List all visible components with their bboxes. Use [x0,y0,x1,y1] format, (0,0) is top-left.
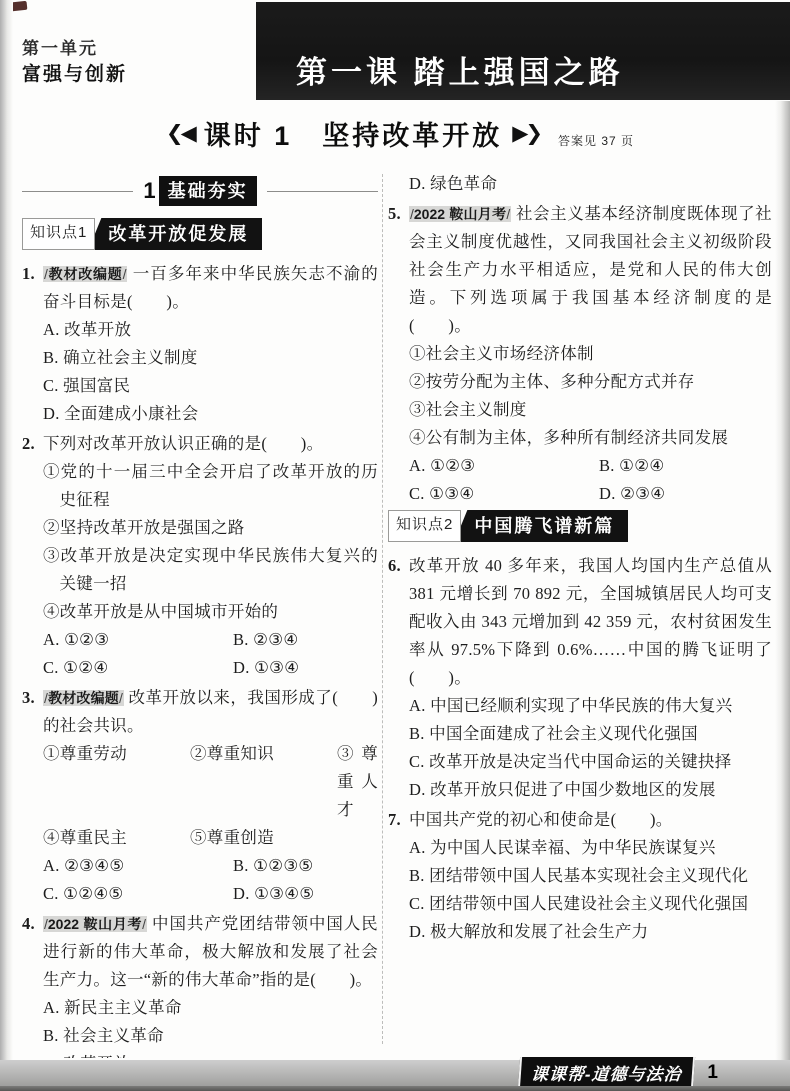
workbook-page: 第一单元 富强与创新 第一课 踏上强国之路 ❮◀ 课时 1 坚持改革开放 ▶❯ … [0,0,790,1091]
statement-item: ④公有制为主体，多种所有制经济共同发展 [409,424,772,452]
option-a: A. 中国已经顺利实现了中华民族的伟大复兴 [409,692,772,720]
option-d: D. 极大解放和发展了社会生产力 [409,918,772,946]
question-options: A. 新民主主义革命B. 社会主义革命C. 改革开放 [43,994,378,1058]
question-number: 6. [388,552,401,580]
question-options: A. 中国已经顺利实现了中华民族的伟大复兴B. 中国全面建成了社会主义现代化强国… [409,692,772,804]
option-a: A. 改革开放 [43,316,378,344]
statement-item: ①社会主义市场经济体制 [409,340,772,368]
page-left-edge [0,0,13,1061]
footer-bar: 课课帮-道德与法治 1 [0,1060,790,1087]
question-statements: ①党的十一届三中全会开启了改革开放的历史征程②坚持改革开放是强国之路③改革开放是… [43,458,378,626]
option-d: D. 全面建成小康社会 [43,400,378,428]
question-statements: ①尊重劳动②尊重知识③尊重人才④尊重民主⑤尊重创造 [43,740,378,852]
question-source-tag: 2022 鞍山月考 [43,916,147,932]
section-rule-right [267,191,378,192]
question-q7: 7.中国共产党的初心和使命是( )。A. 为中国人民谋幸福、为中华民族谋复兴B.… [388,806,772,946]
question-number: 5. [388,200,401,228]
column-divider [382,174,383,1044]
question-options: A. ②③④⑤B. ①②③⑤C. ①②④⑤D. ①③④⑤ [43,852,378,908]
question-stem: 改革开放 40 多年来，我国人均国内生产总值从 381 元增长到 70 892 … [409,552,772,692]
knowledge-point-1-header: 知识点1 改革开放促发展 [22,218,378,250]
statement-item: ④尊重民主 [43,824,190,852]
option-c: C. 改革开放 [43,1050,378,1058]
question-q3: 3.教材改编题 改革开放以来，我国形成了( )的社会共识。①尊重劳动②尊重知识③… [22,684,378,908]
knowledge-point-2-title: 中国腾飞谱新篇 [454,510,628,542]
statement-item: ②坚持改革开放是强国之路 [43,514,378,542]
option-c: C. ①②④ [43,654,233,682]
page-bottom-edge [0,1086,790,1091]
option-a: A. 新民主主义革命 [43,994,378,1022]
question-number: 3. [22,684,35,712]
question-source-tag: 2022 鞍山月考 [409,206,511,222]
lesson-banner: 第一课 踏上强国之路 [256,2,790,100]
question-number: 2. [22,430,35,458]
question-options: A. 改革开放B. 确立社会主义制度C. 强国富民D. 全面建成小康社会 [43,316,378,428]
session-header: ❮◀ 课时 1 坚持改革开放 ▶❯ 答案见 37 页 [0,114,790,153]
option-c: C. ①②④⑤ [43,880,233,908]
question-number: 4. [22,910,35,938]
question-q4: 4.2022 鞍山月考 中国共产党团结带领中国人民进行新的伟大革命，极大解放和发… [22,910,378,1058]
option-d: D. 改革开放只促进了中国少数地区的发展 [409,776,772,804]
statement-item: ②尊重知识 [190,740,337,824]
knowledge-point-2-badge: 知识点2 [388,510,461,542]
option-b: B. 确立社会主义制度 [43,344,378,372]
question-stem: 教材改编题 一百多年来中华民族矢志不渝的奋斗目标是( )。 [43,260,378,316]
option-d: D. ①③④⑤ [233,880,378,908]
answer-page-note: 答案见 37 页 [558,132,634,153]
question-number: 7. [388,806,401,834]
question-q5: 5.2022 鞍山月考 社会主义基本经济制度既体现了社会主义制度优越性，又同我国… [388,200,772,508]
footer-brand-badge: 课课帮-道德与法治 [518,1057,695,1089]
right-question-list-top: 5.2022 鞍山月考 社会主义基本经济制度既体现了社会主义制度优越性，又同我国… [388,200,772,508]
statement-item: ⑤尊重创造 [190,824,337,852]
right-column: D. 绿色革命 5.2022 鞍山月考 社会主义基本经济制度既体现了社会主义制度… [385,170,772,1058]
right-arrows-icon: ▶❯ [512,121,540,146]
section-badge: 基础夯实 [159,176,257,206]
question-stem: 下列对改革开放认识正确的是( )。 [43,430,378,458]
page-number: 1 [707,1062,718,1084]
option-d: D. ②③④ [599,480,772,508]
option-a: A. 为中国人民谋幸福、为中华民族谋复兴 [409,834,772,862]
session-title: 课时 1 坚持改革开放 [204,114,503,153]
option-c: C. 团结带领中国人民建设社会主义现代化强国 [409,890,772,918]
statement-item: ③社会主义制度 [409,396,772,424]
statement-item: ②按劳分配为主体、多种分配方式并存 [409,368,772,396]
section-number: 1 [143,178,155,204]
option-a: A. ②③④⑤ [43,852,233,880]
left-column: 1 基础夯实 知识点1 改革开放促发展 1.教材改编题 一百多年来中华民族矢志不… [22,170,378,1058]
question-statements: ①社会主义市场经济体制②按劳分配为主体、多种分配方式并存③社会主义制度④公有制为… [409,340,772,452]
right-question-list-bottom: 6.改革开放 40 多年来，我国人均国内生产总值从 381 元增长到 70 89… [388,552,772,946]
option-a: A. ①②③ [409,452,599,480]
lesson-title: 第一课 踏上强国之路 [296,47,624,92]
option-b: B. 社会主义革命 [43,1022,378,1050]
option-b: B. 团结带领中国人民基本实现社会主义现代化 [409,862,772,890]
content-area: 1 基础夯实 知识点1 改革开放促发展 1.教材改编题 一百多年来中华民族矢志不… [22,170,772,1058]
statement-item: ④改革开放是从中国城市开始的 [43,598,378,626]
question-stem: 中国共产党的初心和使命是( )。 [409,806,772,834]
question-options: A. ①②③B. ①②④C. ①③④D. ②③④ [409,452,772,508]
statement-item: ①党的十一届三中全会开启了改革开放的历史征程 [43,458,378,514]
question-q1: 1.教材改编题 一百多年来中华民族矢志不渝的奋斗目标是( )。A. 改革开放B.… [22,260,378,428]
option-c: C. ①③④ [409,480,599,508]
page-right-edge [775,101,790,1061]
question-source-tag: 教材改编题 [43,266,127,282]
section-header: 1 基础夯实 [22,176,378,206]
option-c: C. 改革开放是决定当代中国命运的关键抉择 [409,748,772,776]
knowledge-point-1-badge: 知识点1 [22,218,95,250]
knowledge-point-2-header: 知识点2 中国腾飞谱新篇 [388,510,772,542]
question-stem: 2022 鞍山月考 社会主义基本经济制度既体现了社会主义制度优越性，又同我国社会… [409,200,772,340]
option-b: B. ①②③⑤ [233,852,378,880]
option-b: B. 中国全面建成了社会主义现代化强国 [409,720,772,748]
question-stem: 2022 鞍山月考 中国共产党团结带领中国人民进行新的伟大革命，极大解放和发展了… [43,910,378,994]
question-number: 1. [22,260,35,288]
question-options: A. ①②③B. ②③④C. ①②④D. ①③④ [43,626,378,682]
unit-label: 第一单元 富强与创新 [22,36,127,88]
question-q4-continued-options: D. 绿色革命 [388,170,772,198]
question-q6: 6.改革开放 40 多年来，我国人均国内生产总值从 381 元增长到 70 89… [388,552,772,804]
statement-item: ①尊重劳动 [43,740,190,824]
option-d: D. 绿色革命 [409,170,772,198]
option-b: B. ②③④ [233,626,378,654]
question-options: A. 为中国人民谋幸福、为中华民族谋复兴B. 团结带领中国人民基本实现社会主义现… [409,834,772,946]
unit-title: 富强与创新 [22,62,127,88]
question-stem: 教材改编题 改革开放以来，我国形成了( )的社会共识。 [43,684,378,740]
question-q2: 2.下列对改革开放认识正确的是( )。①党的十一届三中全会开启了改革开放的历史征… [22,430,378,682]
option-c: C. 强国富民 [43,372,378,400]
option-b: B. ①②④ [599,452,772,480]
left-question-list: 1.教材改编题 一百多年来中华民族矢志不渝的奋斗目标是( )。A. 改革开放B.… [22,260,378,1058]
statement-item: ③尊重人才 [337,740,378,824]
option-a: A. ①②③ [43,626,233,654]
knowledge-point-1-title: 改革开放促发展 [88,218,262,250]
section-rule-left [22,191,133,192]
footer-brand-group: 课课帮-道德与法治 1 [519,1057,718,1089]
left-arrows-icon: ❮◀ [166,121,194,146]
option-d: D. ①③④ [233,654,378,682]
question-source-tag: 教材改编题 [43,690,124,706]
statement-item: ③改革开放是决定实现中华民族伟大复兴的关键一招 [43,542,378,598]
unit-number: 第一单元 [22,36,127,62]
